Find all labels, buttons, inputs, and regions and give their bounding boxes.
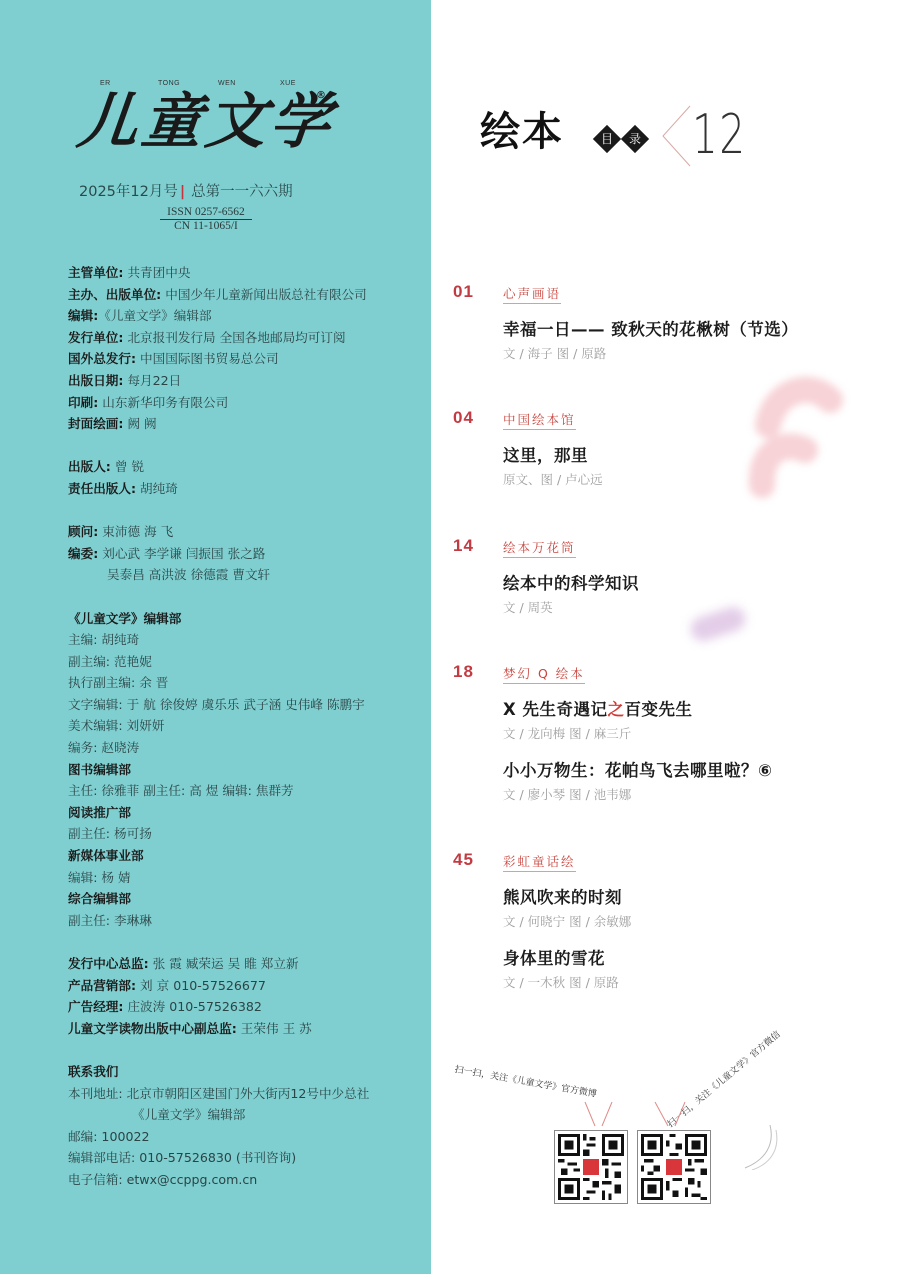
issue-date: 2025年12月号 bbox=[79, 184, 178, 200]
colophon-row: 广告经理: 庄波涛 010-57526382 bbox=[68, 996, 428, 1018]
article-credit: 文 / 周英 bbox=[503, 598, 639, 616]
dept-row: 执行副主编: 余 晋 bbox=[68, 672, 428, 694]
article-credit: 文 / 龙向梅 图 / 麻三斤 bbox=[503, 724, 692, 742]
issue-number: 12 bbox=[692, 108, 747, 162]
registered-mark-icon: ® bbox=[316, 90, 326, 101]
article-title: 幸福一日—— 致秋天的花楸树（节选） bbox=[503, 316, 798, 340]
contact-postcode: 邮编: 100022 bbox=[68, 1126, 428, 1148]
pinyin-xue: XUE bbox=[280, 80, 296, 87]
qr-code-weibo[interactable] bbox=[554, 1130, 628, 1204]
section-page-number: 04 bbox=[453, 408, 474, 428]
toc-badge-lu: 录 bbox=[622, 126, 648, 152]
colophon-row: 责任出版人: 胡纯琦 bbox=[68, 478, 428, 500]
qr-code-wechat[interactable] bbox=[637, 1130, 711, 1204]
dept-row: 文字编辑: 于 航 徐俊婷 虞乐乐 武子涵 史伟峰 陈鹏宇 bbox=[68, 694, 428, 716]
section-category: 绘本万花筒 bbox=[503, 538, 576, 558]
cn-number: CN 11-1065/I bbox=[160, 220, 252, 233]
article-title: 这里，那里 bbox=[503, 442, 603, 466]
dept-row: 编务: 赵晓涛 bbox=[68, 737, 428, 759]
contact-address-line2: 《儿童文学》编辑部 bbox=[68, 1104, 428, 1126]
dept-heading: 综合编辑部 bbox=[68, 888, 428, 910]
section-page-number: 01 bbox=[453, 282, 474, 302]
colophon-row: 编辑:《儿童文学》编辑部 bbox=[68, 305, 428, 327]
article-credit: 文 / 廖小琴 图 / 池韦娜 bbox=[503, 785, 772, 803]
issue-line: 2025年12月号|总第一一六六期 bbox=[79, 180, 293, 201]
logo-title: 儿童文学 bbox=[75, 92, 337, 152]
dept-row: 副主任: 李琳琳 bbox=[68, 910, 428, 932]
section-category: 梦幻 Q 绘本 bbox=[503, 664, 585, 684]
dept-heading: 《儿童文学》编辑部 bbox=[68, 608, 428, 630]
section-page-number: 18 bbox=[453, 662, 474, 682]
dept-heading: 新媒体事业部 bbox=[68, 845, 428, 867]
colophon-row: 封面绘画: 阙 阙 bbox=[68, 413, 428, 435]
dept-row: 主任: 徐雅菲 副主任: 高 煜 编辑: 焦群芳 bbox=[68, 780, 428, 802]
colophon-row: 出版日期: 每月22日 bbox=[68, 370, 428, 392]
qr-code-wechat-icon bbox=[641, 1134, 707, 1200]
section-category: 中国绘本馆 bbox=[503, 410, 576, 430]
article-title: 身体里的雪花 bbox=[503, 945, 619, 969]
qr-code-weibo-icon bbox=[558, 1134, 624, 1200]
toc-article[interactable]: 熊风吹来的时刻 文 / 何晓宁 图 / 余敏娜 bbox=[503, 884, 631, 930]
toc-article[interactable]: 身体里的雪花 文 / 一木秋 图 / 原路 bbox=[503, 945, 619, 991]
magazine-logo: ER TONG WEN XUE 儿童文学 ® bbox=[78, 78, 338, 178]
colophon-row: 主办、出版单位: 中国少年儿童新闻出版总社有限公司 bbox=[68, 284, 428, 306]
article-credit: 文 / 海子 图 / 原路 bbox=[503, 344, 798, 362]
toc-article[interactable]: 绘本中的科学知识 文 / 周英 bbox=[503, 570, 639, 616]
colophon-row: 主管单位: 共青团中央 bbox=[68, 262, 428, 284]
issue-separator: | bbox=[180, 184, 185, 200]
contact-address: 本刊地址: 北京市朝阳区建国门外大街丙12号中少总社 bbox=[68, 1083, 428, 1105]
lavender-blob-decoration-icon bbox=[688, 604, 749, 644]
swoosh-decoration-icon bbox=[740, 1120, 780, 1170]
toc-header: 绘本 目 录 12 bbox=[480, 104, 780, 168]
pinyin-tong: TONG bbox=[158, 80, 180, 87]
colophon-row: 顾问: 束沛德 海 飞 bbox=[68, 521, 428, 543]
pink-swirl-decoration-icon bbox=[730, 370, 850, 510]
colophon-row: 发行单位: 北京报刊发行局 全国各地邮局均可订阅 bbox=[68, 327, 428, 349]
colophon-row: 吴泰昌 高洪波 徐德霞 曹文轩 bbox=[68, 564, 428, 586]
colophon-row: 印刷: 山东新华印务有限公司 bbox=[68, 392, 428, 414]
qr-caption-weibo: 扫一扫，关注《儿童文学》官方微博 bbox=[454, 1062, 598, 1100]
article-credit: 文 / 一木秋 图 / 原路 bbox=[503, 973, 619, 991]
toc-article[interactable]: 幸福一日—— 致秋天的花楸树（节选） 文 / 海子 图 / 原路 bbox=[503, 316, 798, 362]
article-title: 小小万物生：花帕鸟飞去哪里啦？⑥ bbox=[503, 757, 772, 781]
article-title: 绘本中的科学知识 bbox=[503, 570, 639, 594]
toc-title: 绘本 bbox=[480, 112, 564, 152]
colophon-row: 编委: 刘心武 李学谦 闫振国 张之路 bbox=[68, 543, 428, 565]
colophon-row: 产品营销部: 刘 京 010-57526677 bbox=[68, 975, 428, 997]
dept-row: 副主任: 杨可扬 bbox=[68, 823, 428, 845]
dept-row: 主编: 胡纯琦 bbox=[68, 629, 428, 651]
contact-email: 电子信箱: etwx@ccppg.com.cn bbox=[68, 1169, 428, 1191]
pinyin-wen: WEN bbox=[218, 80, 236, 87]
issue-total: 总第一一六六期 bbox=[191, 184, 293, 200]
colophon-row: 发行中心总监: 张 霞 臧荣运 吴 睢 郑立新 bbox=[68, 953, 428, 975]
article-title: 熊风吹来的时刻 bbox=[503, 884, 631, 908]
toc-article[interactable]: X 先生奇遇记之百变先生 文 / 龙向梅 图 / 麻三斤 bbox=[503, 696, 692, 742]
colophon-row: 国外总发行: 中国国际图书贸易总公司 bbox=[68, 348, 428, 370]
section-page-number: 14 bbox=[453, 536, 474, 556]
colophon-row: 儿童文学读物出版中心副总监: 王荣伟 王 苏 bbox=[68, 1018, 428, 1040]
issn: ISSN 0257-6562 bbox=[160, 206, 252, 220]
pointer-lines-decoration-icon bbox=[560, 1100, 720, 1130]
dept-heading: 图书编辑部 bbox=[68, 759, 428, 781]
dept-heading: 阅读推广部 bbox=[68, 802, 428, 824]
toc-article[interactable]: 小小万物生：花帕鸟飞去哪里啦？⑥ 文 / 廖小琴 图 / 池韦娜 bbox=[503, 757, 772, 803]
colophon-info: 主管单位: 共青团中央 主办、出版单位: 中国少年儿童新闻出版总社有限公司 编辑… bbox=[68, 262, 428, 1191]
dept-row: 副主编: 范艳妮 bbox=[68, 651, 428, 673]
issn-block: ISSN 0257-6562 CN 11-1065/I bbox=[160, 206, 252, 233]
toc-badge-mu: 目 bbox=[594, 126, 620, 152]
section-category: 心声画语 bbox=[503, 284, 561, 304]
contact-phone: 编辑部电话: 010-57526830 (书刊咨询) bbox=[68, 1147, 428, 1169]
colophon-panel: ER TONG WEN XUE 儿童文学 ® 2025年12月号|总第一一六六期… bbox=[0, 0, 431, 1274]
article-credit: 文 / 何晓宁 图 / 余敏娜 bbox=[503, 912, 631, 930]
dept-row: 编辑: 杨 婧 bbox=[68, 867, 428, 889]
colophon-row: 出版人: 曾 锐 bbox=[68, 456, 428, 478]
article-credit: 原文、图 / 卢心远 bbox=[503, 470, 603, 488]
contact-heading: 联系我们 bbox=[68, 1061, 428, 1083]
article-title: X 先生奇遇记之百变先生 bbox=[503, 696, 692, 720]
dept-row: 美术编辑: 刘妍妍 bbox=[68, 715, 428, 737]
section-category: 彩虹童话绘 bbox=[503, 852, 576, 872]
section-page-number: 45 bbox=[453, 850, 474, 870]
pinyin-er: ER bbox=[100, 80, 111, 87]
toc-article[interactable]: 这里，那里 原文、图 / 卢心远 bbox=[503, 442, 603, 488]
